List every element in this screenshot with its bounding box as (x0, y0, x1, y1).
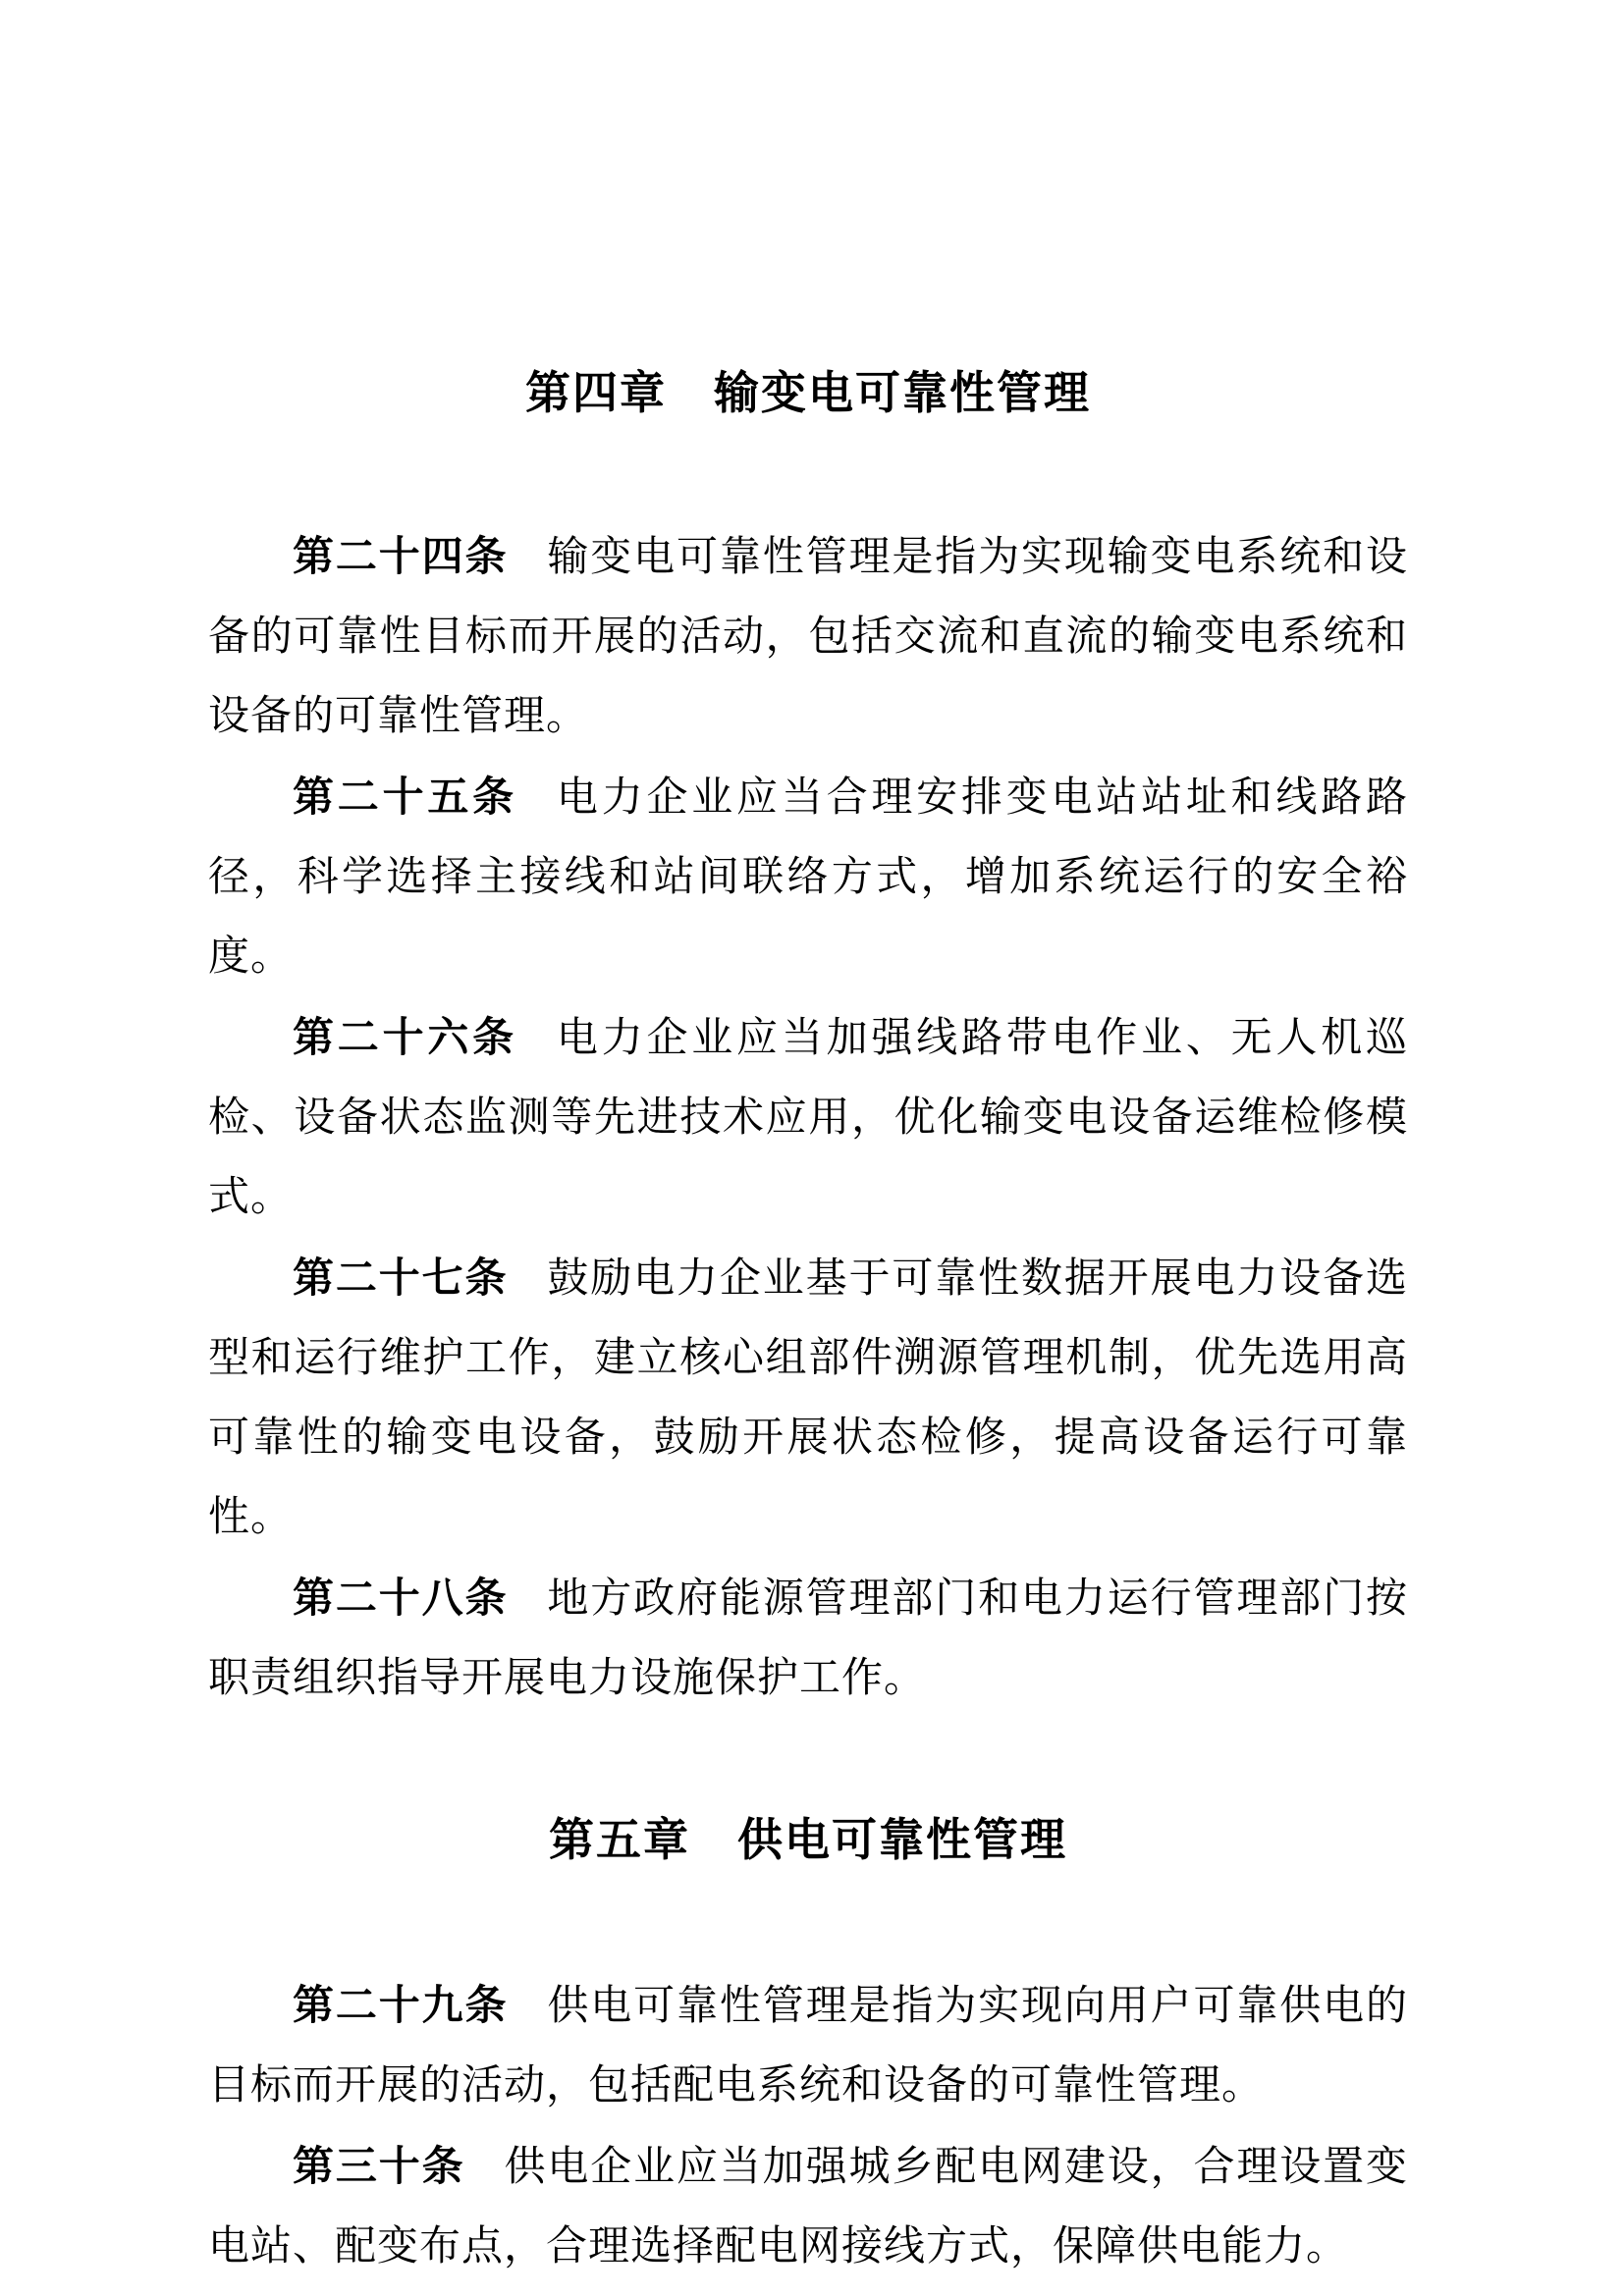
document-content: 第四章 输变电可靠性管理 第二十四条输变电可靠性管理是指为实现输变电系统和设备的… (0, 365, 1624, 2287)
article-30: 第三十条供电企业应当加强城乡配电网建设，合理设置变电站、配变布点，合理选择配电网… (208, 2126, 1408, 2287)
article-26: 第二十六条电力企业应当加强线路带电作业、无人机巡检、设备状态监测等先进技术应用，… (208, 997, 1408, 1238)
article-30-number: 第三十条 (293, 2143, 465, 2189)
article-25-number: 第二十五条 (293, 774, 517, 820)
chapter-5-heading: 第五章 供电可靠性管理 (208, 1812, 1408, 1867)
article-29-number: 第二十九条 (293, 1982, 508, 2028)
article-24-number: 第二十四条 (293, 533, 508, 579)
article-25: 第二十五条电力企业应当合理安排变电站站址和线路路径，科学选择主接线和站间联络方式… (208, 757, 1408, 997)
chapter-4-heading: 第四章 输变电可靠性管理 (208, 365, 1408, 420)
article-28: 第二十八条地方政府能源管理部门和电力运行管理部门按职责组织指导开展电力设施保护工… (208, 1558, 1408, 1719)
document-page: 第四章 输变电可靠性管理 第二十四条输变电可靠性管理是指为实现输变电系统和设备的… (0, 0, 1624, 2296)
article-29: 第二十九条供电可靠性管理是指为实现向用户可靠供电的目标而开展的活动，包括配电系统… (208, 1965, 1408, 2126)
article-24: 第二十四条输变电可靠性管理是指为实现输变电系统和设备的可靠性目标而开展的活动，包… (208, 516, 1408, 757)
article-27: 第二十七条鼓励电力企业基于可靠性数据开展电力设备选型和运行维护工作，建立核心组部… (208, 1238, 1408, 1558)
article-26-number: 第二十六条 (293, 1014, 517, 1060)
article-28-number: 第二十八条 (293, 1575, 508, 1621)
article-27-number: 第二十七条 (293, 1255, 508, 1301)
